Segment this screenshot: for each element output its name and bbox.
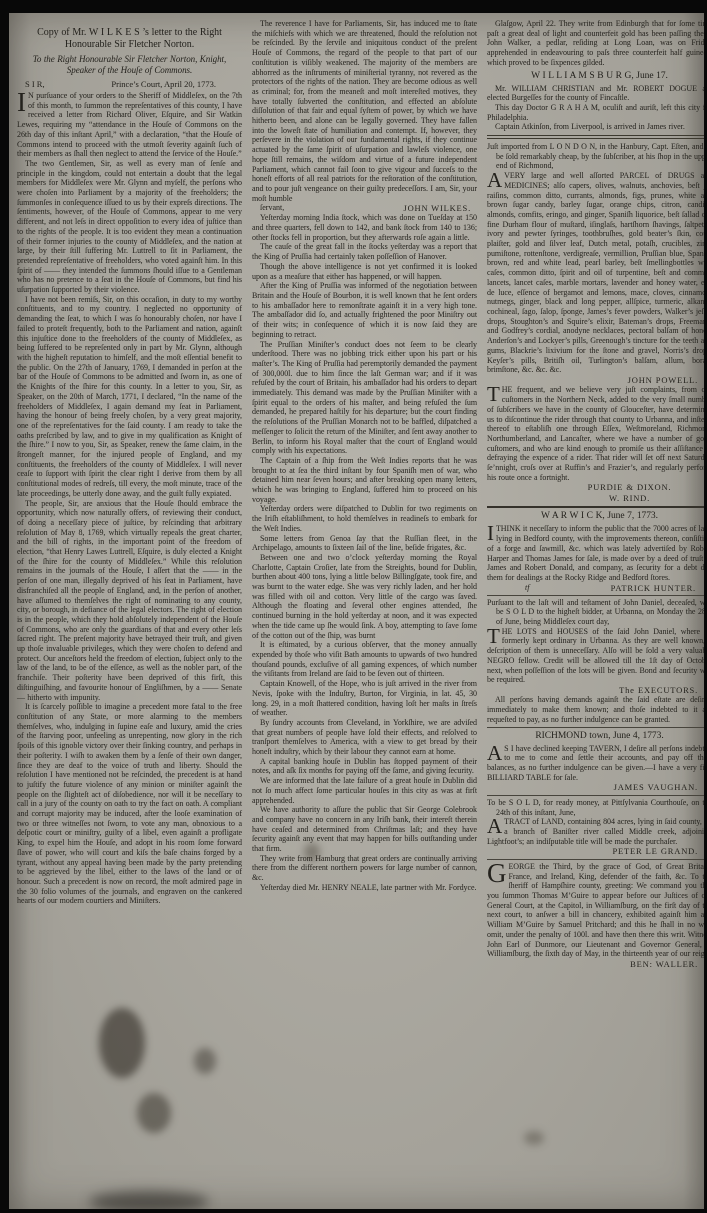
news-item: Though the above intelligence is not yet… <box>252 262 477 281</box>
ink-stain <box>89 1191 209 1209</box>
news-item: The cauſe of the great fall in the ſtock… <box>252 242 477 261</box>
powell-signature: JOHN POWELL. <box>487 375 704 386</box>
letter-paragraph: I have not been remiſs, Sir, on this occ… <box>17 295 242 499</box>
news-item: Glaſgow, April 22. They write from Edinb… <box>487 19 704 68</box>
letter-subtitle: To the Right Honourable Sir Fletcher Nor… <box>23 54 236 76</box>
news-item: A capital banking houſe in Dublin has ſt… <box>252 757 477 776</box>
section-divider <box>487 506 704 508</box>
news-item: By ſundry accounts from Cleveland, in Yo… <box>252 718 477 757</box>
ink-stain <box>137 1093 171 1133</box>
advert-intro: Purſuant to the laſt will and teſtament … <box>487 598 704 627</box>
news-item: Between one and two o’clock yeſterday mo… <box>252 553 477 640</box>
column-left: Copy of Mr. W I L K E S ’s letter to the… <box>17 19 242 969</box>
advertisement: A VERY large and well aſſorted PARCEL of… <box>487 171 704 375</box>
column-middle: The reverence I have for Parliaments, Si… <box>252 19 477 969</box>
news-item: This day Doctor G R A H A M, oculiſt and… <box>487 103 704 122</box>
legrand-signature: PETER LE GRAND. <box>487 846 704 857</box>
section-divider <box>487 135 704 139</box>
advert-intro: Juſt imported from L O N D O N, in the H… <box>487 142 704 171</box>
ink-stain <box>99 1008 145 1078</box>
waller-signature: BEN: WALLER. <box>487 959 704 970</box>
salutation: S I R, <box>25 79 45 90</box>
section-divider <box>487 595 704 596</box>
newspaper-page: Copy of Mr. W I L K E S ’s letter to the… <box>0 0 707 1213</box>
letter-title: Copy of Mr. W I L K E S ’s letter to the… <box>21 27 238 51</box>
section-divider <box>487 859 704 860</box>
advertisement: GEORGE the Third, by the grace of God, o… <box>487 862 704 959</box>
ink-stain <box>524 1131 544 1145</box>
dateline-text: Prince’s Court, April 20, 1773. <box>111 79 216 90</box>
rind-signature: W. RIND. <box>487 493 704 504</box>
news-item: They write from Hamburg that great order… <box>252 854 477 883</box>
news-item: We are informed that the late failure of… <box>252 776 477 805</box>
news-item: The Captain of a ſhip from the Weſt Indi… <box>252 456 477 505</box>
letter-dateline: S I R, Prince’s Court, April 20, 1773. <box>25 79 216 90</box>
news-item: Yeſterday died Mr. HENRY NEALE, late par… <box>252 883 477 893</box>
section-divider <box>487 795 704 796</box>
letter-paragraph: The reverence I have for Parliaments, Si… <box>252 19 477 203</box>
vaughan-signature: JAMES VAUGHAN. <box>487 782 704 793</box>
news-item: Captain Knowell, of the Hope, who is juſ… <box>252 679 477 718</box>
executors-signature: The EXECUTORS. <box>487 685 704 696</box>
richmond-dateline: RICHMOND town, June 4, 1773. <box>487 730 704 742</box>
news-item: The Pruſſian Miniſter’s conduct does not… <box>252 340 477 456</box>
advert-intro: To be S O L D, for ready money, at Pittſ… <box>487 798 704 817</box>
advertisement: THE frequent, and we believe very juſt c… <box>487 385 704 482</box>
wilkes-signature: JOHN WILKES. <box>403 203 471 213</box>
letter-paragraph: It is ſcarcely poſſible to imagine a pre… <box>17 702 242 906</box>
news-item: Yeſterday orders were diſpatched to Dubl… <box>252 504 477 533</box>
signature-row: tf PATRICK HUNTER. <box>487 583 704 593</box>
column-right: Glaſgow, April 22. They write from Edinb… <box>487 19 704 969</box>
hunter-signature: PATRICK HUNTER. <box>611 583 704 593</box>
news-item: After the King of Pruſſia was informed o… <box>252 281 477 339</box>
advert-note: All perſons having demands againſt the ſ… <box>487 695 704 724</box>
warwick-dateline: W A R W I C K, June 7, 1773. <box>487 510 704 522</box>
ink-stain <box>194 1048 216 1074</box>
news-item: It is eſtimated, by a curious obſerver, … <box>252 640 477 679</box>
letter-paragraph: IN purſuance of your orders to the Sheri… <box>17 91 242 159</box>
advertisement: I THINK it neceſſary to inform the publi… <box>487 524 704 582</box>
letter-closing: ſervant, JOHN WILKES. <box>252 203 477 213</box>
news-item: Mr. WILLIAM CHRISTIAN and Mr. ROBERT DOG… <box>487 84 704 103</box>
advertisement: AS I have declined keeping TAVERN, I deſ… <box>487 744 704 783</box>
section-divider <box>487 727 704 728</box>
advertisement: THE LOTS and HOUSES of the ſaid John Dan… <box>487 627 704 685</box>
closing-word: ſervant, <box>260 203 284 213</box>
letter-paragraph: The people, Sir, are anxious that the Ho… <box>17 499 242 703</box>
williamsburg-dateline: W I L L I A M S B U R G, June 17. <box>487 70 704 82</box>
news-item: Some letters from Genoa ſay that the Ruſ… <box>252 534 477 553</box>
paper-sheet: Copy of Mr. W I L K E S ’s letter to the… <box>9 13 704 1209</box>
news-item: Captain Atkinſon, from Liverpool, is arr… <box>487 122 704 132</box>
news-item: We have authority to aſſure the public t… <box>252 805 477 854</box>
letter-paragraph: The two Gentlemen, Sir, as well as every… <box>17 159 242 295</box>
tf-mark: tf <box>495 583 529 593</box>
news-item: Yeſterday morning India ſtock, which was… <box>252 213 477 242</box>
purdie-dixon-signature: PURDIE & DIXON. <box>487 482 704 493</box>
page-columns: Copy of Mr. W I L K E S ’s letter to the… <box>9 13 704 969</box>
advertisement: A TRACT of LAND, containing 804 acres, l… <box>487 817 704 846</box>
